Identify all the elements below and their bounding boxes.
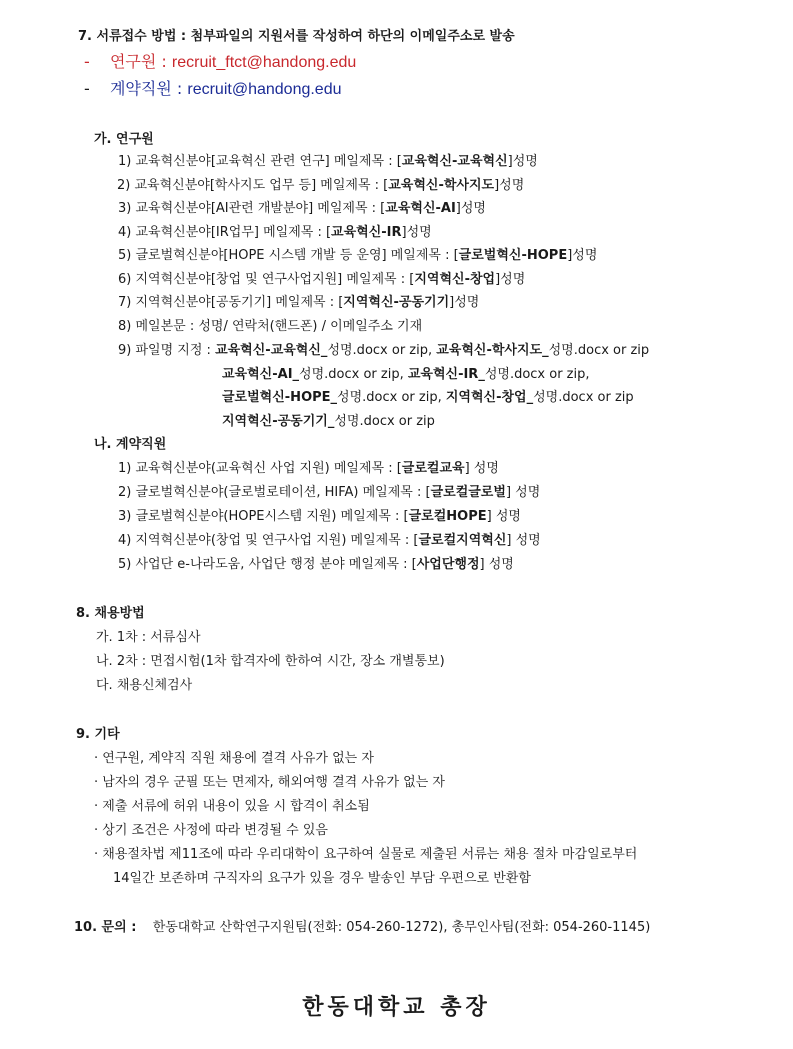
researcher-item: 6) 지역혁신분야[창업 및 연구사업지원] 메일제목 : [지역혁신-창업]성… xyxy=(118,271,525,289)
item-suffix: ] 성명 xyxy=(487,509,521,524)
contract-item: 2) 글로벌혁신분야(글로벌로테이션, HIFA) 메일제목 : [글로컬글로벌… xyxy=(118,484,540,502)
note-item: · 채용절차법 제11조에 따라 우리대학이 요구하여 실물로 제출된 서류는 … xyxy=(94,846,637,864)
filename-spec: 9) 파일명 지정 : 교육혁신-교육혁신_성명.docx or zip, 교육… xyxy=(118,342,649,360)
note-item: · 연구원, 계약직 직원 채용에 결격 사유가 없는 자 xyxy=(94,750,374,768)
researcher-label: 연구원 : xyxy=(110,52,167,71)
section-8-heading: 8. 채용방법 xyxy=(76,605,145,623)
filename-prefix: 교육혁신-교육혁신_ xyxy=(215,343,327,358)
researcher-item: 5) 글로벌혁신분야[HOPE 시스템 개발 등 운영] 메일제목 : [글로벌… xyxy=(118,247,597,265)
filename-line: 지역혁신-공동기기_성명.docx or zip xyxy=(222,413,435,431)
mail-subject: 교육혁신-교육혁신 xyxy=(402,154,508,169)
filename-suffix: 성명.docx or zip, xyxy=(327,343,436,358)
filename-prefix: 교육혁신-학사지도_ xyxy=(436,343,548,358)
note-item-continuation: 14일간 보존하며 구직자의 요구가 있을 경우 발송인 부담 우편으로 반환함 xyxy=(113,870,531,888)
hiring-step: 나. 2차 : 면접시험(1차 합격자에 한하여 시간, 장소 개별통보) xyxy=(96,653,445,671)
item-suffix: ]성명 xyxy=(456,201,486,216)
filename-prefix: 글로벌혁신-HOPE_ xyxy=(222,390,337,405)
dash: - xyxy=(84,79,90,98)
contract-label: 계약직원 : xyxy=(110,79,182,98)
mail-subject: 글로컬지역혁신 xyxy=(418,533,506,548)
note-item: · 상기 조건은 사정에 따라 변경될 수 있음 xyxy=(94,822,328,840)
filename-prefix: 교육혁신-IR_ xyxy=(408,367,485,382)
researcher-item: 3) 교육혁신분야[AI관련 개발분야] 메일제목 : [교육혁신-AI]성명 xyxy=(118,200,486,218)
item-suffix: ]성명 xyxy=(494,178,524,193)
researcher-item: 2) 교육혁신분야[학사지도 업무 등] 메일제목 : [교육혁신-학사지도]성… xyxy=(117,177,524,195)
filename-suffix: 성명.docx or zip xyxy=(334,414,435,429)
item-text: 1) 교육혁신분야(교육혁신 사업 지원) 메일제목 : [ xyxy=(118,461,402,476)
contract-item: 1) 교육혁신분야(교육혁신 사업 지원) 메일제목 : [글로컬교육] 성명 xyxy=(118,460,499,478)
section-9-heading: 9. 기타 xyxy=(76,726,120,744)
note-item: · 남자의 경우 군필 또는 면제자, 해외여행 결격 사유가 없는 자 xyxy=(94,774,445,792)
item-text: 5) 사업단 e-나라도움, 사업단 행정 분야 메일제목 : [ xyxy=(118,557,417,572)
mail-subject: 글로컬HOPE xyxy=(409,509,487,524)
dash: - xyxy=(84,52,90,71)
contract-heading: 나. 계약직원 xyxy=(94,436,166,454)
item-suffix: ]성명 xyxy=(449,295,479,310)
filename-suffix: 성명.docx or zip, xyxy=(337,390,446,405)
researchers-heading: 가. 연구원 xyxy=(94,131,154,149)
signature: 한동대학교 총장 xyxy=(0,990,793,1021)
item-suffix: ]성명 xyxy=(402,225,432,240)
filename-line: 교육혁신-AI_성명.docx or zip, 교육혁신-IR_성명.docx … xyxy=(222,366,590,384)
item-text: 8) 메일본문 : 성명/ 연락처(핸드폰) / 이메일주소 기재 xyxy=(118,319,422,334)
hiring-step: 다. 채용신체검사 xyxy=(96,677,192,695)
item-suffix: ] 성명 xyxy=(506,485,540,500)
contract-item: 4) 지역혁신분야(창업 및 연구사업 지원) 메일제목 : [글로컬지역혁신]… xyxy=(118,532,541,550)
item-text: 5) 글로벌혁신분야[HOPE 시스템 개발 등 운영] 메일제목 : [ xyxy=(118,248,459,263)
researcher-item: 1) 교육혁신분야[교육혁신 관련 연구] 메일제목 : [교육혁신-교육혁신]… xyxy=(118,153,538,171)
filename-suffix: 성명.docx or zip, xyxy=(485,367,590,382)
item-suffix: ] 성명 xyxy=(506,533,540,548)
filename-suffix: 성명.docx or zip xyxy=(549,343,650,358)
mail-subject: 지역혁신-창업 xyxy=(414,272,495,287)
section-10-heading: 10. 문의 : xyxy=(74,920,136,935)
contract-item: 5) 사업단 e-나라도움, 사업단 행정 분야 메일제목 : [사업단행정] … xyxy=(118,556,514,574)
filename-prefix: 지역혁신-공동기기_ xyxy=(222,414,334,429)
researcher-email-link[interactable]: recruit_ftct@handong.edu xyxy=(172,54,356,71)
item-suffix: ] 성명 xyxy=(480,557,514,572)
filename-prefix: 교육혁신-AI_ xyxy=(222,367,299,382)
item-suffix: ]성명 xyxy=(508,154,538,169)
mail-subject: 사업단행정 xyxy=(417,557,480,572)
item-suffix: ] 성명 xyxy=(465,461,499,476)
researcher-item: 8) 메일본문 : 성명/ 연락처(핸드폰) / 이메일주소 기재 xyxy=(118,318,422,336)
filename-suffix: 성명.docx or zip xyxy=(533,390,634,405)
mail-subject: 교육혁신-AI xyxy=(385,201,456,216)
item-text: 1) 교육혁신분야[교육혁신 관련 연구] 메일제목 : [ xyxy=(118,154,402,169)
hiring-step: 가. 1차 : 서류심사 xyxy=(96,629,201,647)
item-text: 2) 글로벌혁신분야(글로벌로테이션, HIFA) 메일제목 : [ xyxy=(118,485,431,500)
filename-label: 9) 파일명 지정 : xyxy=(118,343,211,358)
note-item: · 제출 서류에 허위 내용이 있을 시 합격이 취소됨 xyxy=(94,798,370,816)
filename-prefix: 지역혁신-창업_ xyxy=(446,390,533,405)
mail-subject: 글로컬교육 xyxy=(402,461,465,476)
researcher-item: 7) 지역혁신분야[공동기기] 메일제목 : [지역혁신-공동기기]성명 xyxy=(118,294,479,312)
mail-subject: 글로컬글로벌 xyxy=(431,485,506,500)
researcher-item: 4) 교육혁신분야[IR업무] 메일제목 : [교육혁신-IR]성명 xyxy=(118,224,432,242)
item-text: 2) 교육혁신분야[학사지도 업무 등] 메일제목 : [ xyxy=(117,178,388,193)
contact-info: 한동대학교 산학연구지원팀(전화: 054-260-1272), 총무인사팀(전… xyxy=(153,920,651,935)
item-text: 3) 글로벌혁신분야(HOPE시스템 지원) 메일제목 : [ xyxy=(118,509,409,524)
item-text: 6) 지역혁신분야[창업 및 연구사업지원] 메일제목 : [ xyxy=(118,272,414,287)
item-suffix: ]성명 xyxy=(567,248,597,263)
filename-line: 글로벌혁신-HOPE_성명.docx or zip, 지역혁신-창업_성명.do… xyxy=(222,389,634,407)
item-suffix: ]성명 xyxy=(495,272,525,287)
mail-subject: 글로벌혁신-HOPE xyxy=(459,248,568,263)
contract-item: 3) 글로벌혁신분야(HOPE시스템 지원) 메일제목 : [글로컬HOPE] … xyxy=(118,508,521,526)
filename-suffix: 성명.docx or zip, xyxy=(299,367,408,382)
contract-email-link[interactable]: recruit@handong.edu xyxy=(187,81,341,98)
item-text: 4) 교육혁신분야[IR업무] 메일제목 : [ xyxy=(118,225,331,240)
mail-subject: 지역혁신-공동기기 xyxy=(343,295,449,310)
item-text: 4) 지역혁신분야(창업 및 연구사업 지원) 메일제목 : [ xyxy=(118,533,418,548)
section-7-heading: 7. 서류접수 방법 : 첨부파일의 지원서를 작성하여 하단의 이메일주소로 … xyxy=(78,28,515,46)
researcher-email-line: - 연구원 : recruit_ftct@handong.edu xyxy=(84,52,356,73)
item-text: 3) 교육혁신분야[AI관련 개발분야] 메일제목 : [ xyxy=(118,201,385,216)
mail-subject: 교육혁신-학사지도 xyxy=(388,178,494,193)
item-text: 7) 지역혁신분야[공동기기] 메일제목 : [ xyxy=(118,295,343,310)
mail-subject: 교육혁신-IR xyxy=(331,225,401,240)
contract-email-line: - 계약직원 : recruit@handong.edu xyxy=(84,79,342,100)
section-10-line: 10. 문의 : 한동대학교 산학연구지원팀(전화: 054-260-1272)… xyxy=(74,919,650,937)
